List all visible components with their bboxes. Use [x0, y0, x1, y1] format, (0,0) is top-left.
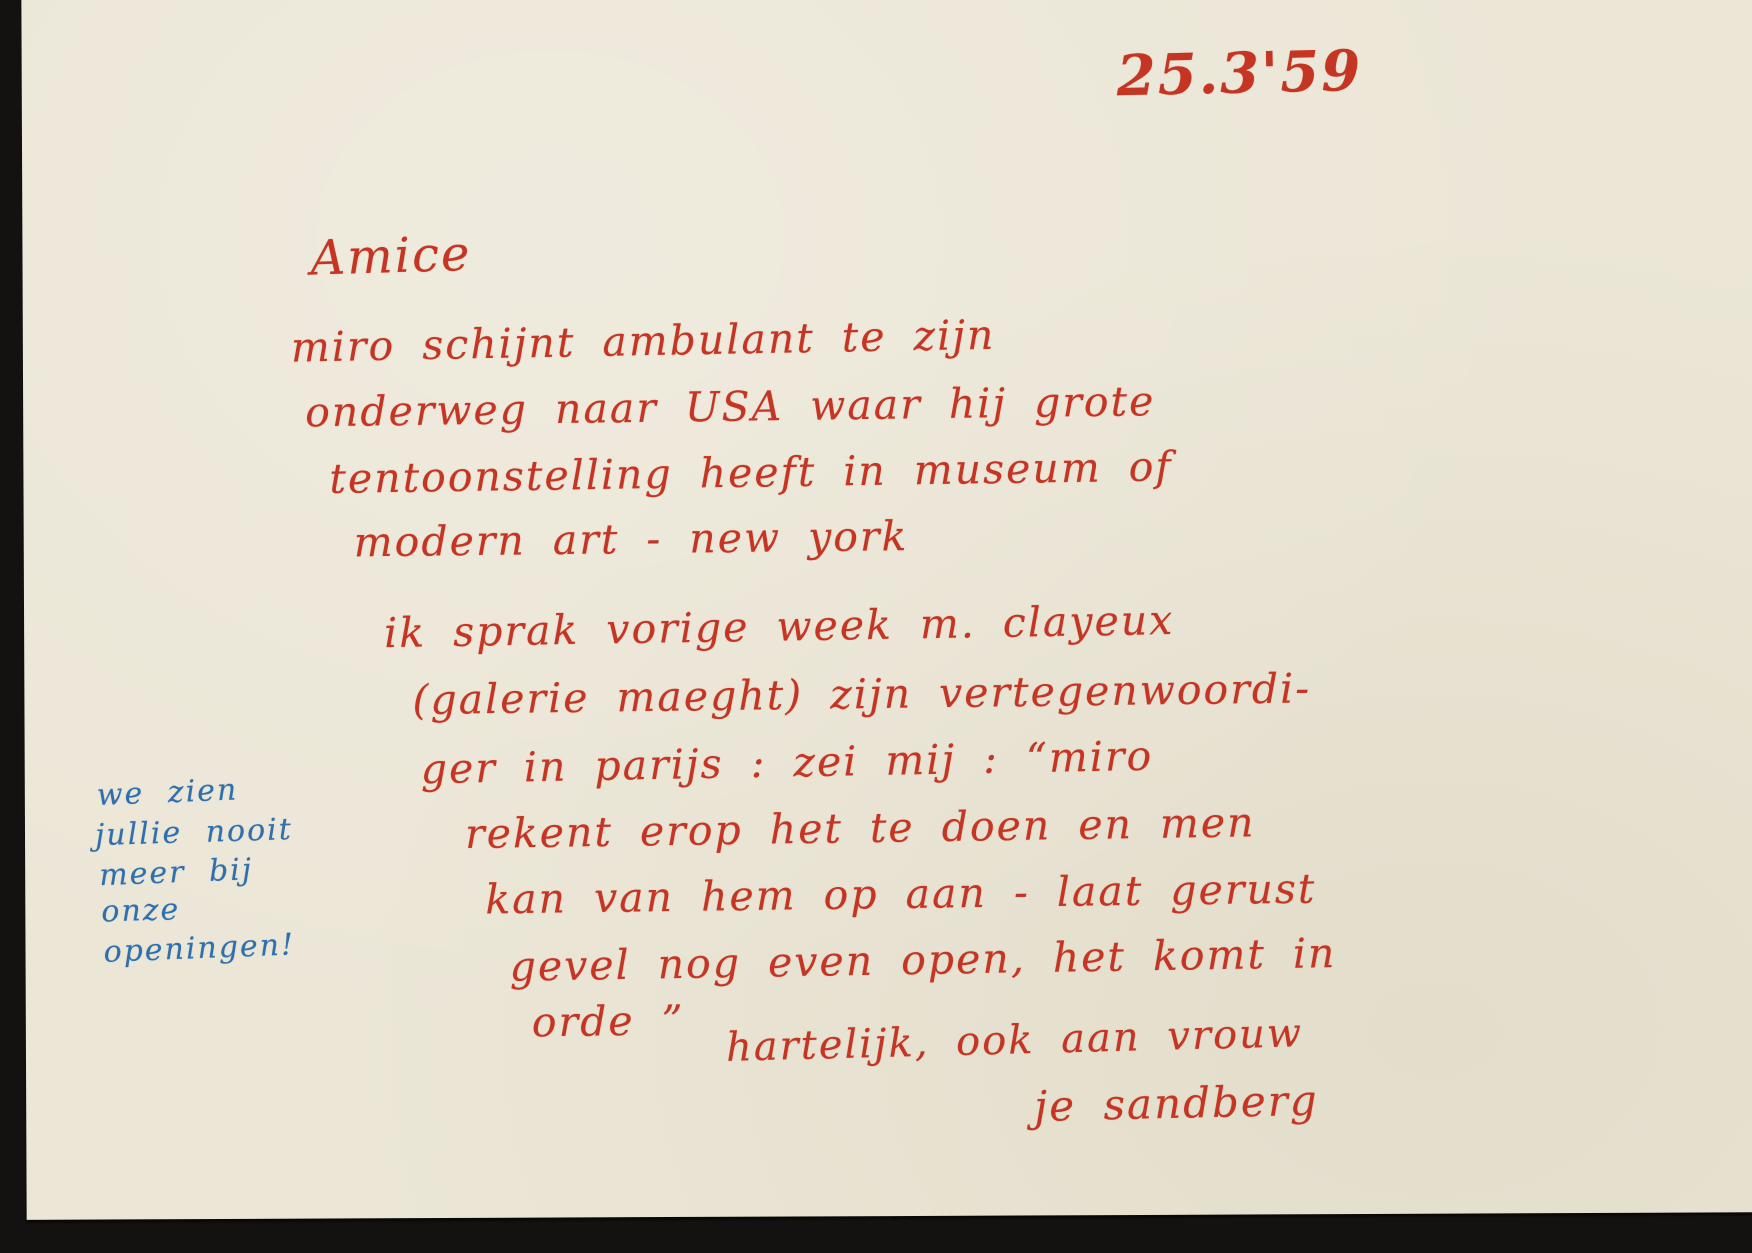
letter-signature: je sandberg	[1034, 1076, 1319, 1131]
letter-body-line: tentoonstelling heeft in museum of	[329, 442, 1173, 503]
letter-date: 25.3'59	[1116, 38, 1363, 109]
margin-note-line: meer bij	[99, 852, 254, 893]
letter-body-line: miro schijnt ambulant te zijn	[290, 311, 995, 372]
letter-paper: 25.3'59 Amice miro schijnt ambulant te z…	[21, 0, 1752, 1220]
letter-body-line: kan van hem op aan - laat gerust	[485, 865, 1317, 924]
letter-body-line: onderweg naar USA waar hij grote	[305, 377, 1156, 436]
margin-note-line: jullie nooit	[95, 812, 294, 853]
letter-body-line: rekent erop het te doen en men	[465, 798, 1256, 858]
margin-note-line: openingen!	[103, 927, 296, 969]
letter-body-line: gevel nog even open, het komt in	[509, 929, 1337, 991]
scan-backing: 25.3'59 Amice miro schijnt ambulant te z…	[0, 0, 1752, 1253]
margin-note-line: we zien	[96, 772, 239, 813]
letter-body-line: orde ”	[531, 996, 684, 1046]
letter-closing: hartelijk, ook aan vrouw	[725, 1010, 1303, 1071]
letter-body-line: ik sprak vorige week m. clayeux	[384, 596, 1175, 657]
letter-body-line: ger in parijs : zei mij : “miro	[420, 732, 1153, 793]
letter-body-line: (galerie maeght) zijn vertegenwoordi-	[412, 664, 1311, 724]
letter-body-line: modern art - new york	[353, 512, 908, 566]
letter-salutation: Amice	[310, 226, 472, 287]
margin-note-line: onze	[101, 892, 181, 929]
